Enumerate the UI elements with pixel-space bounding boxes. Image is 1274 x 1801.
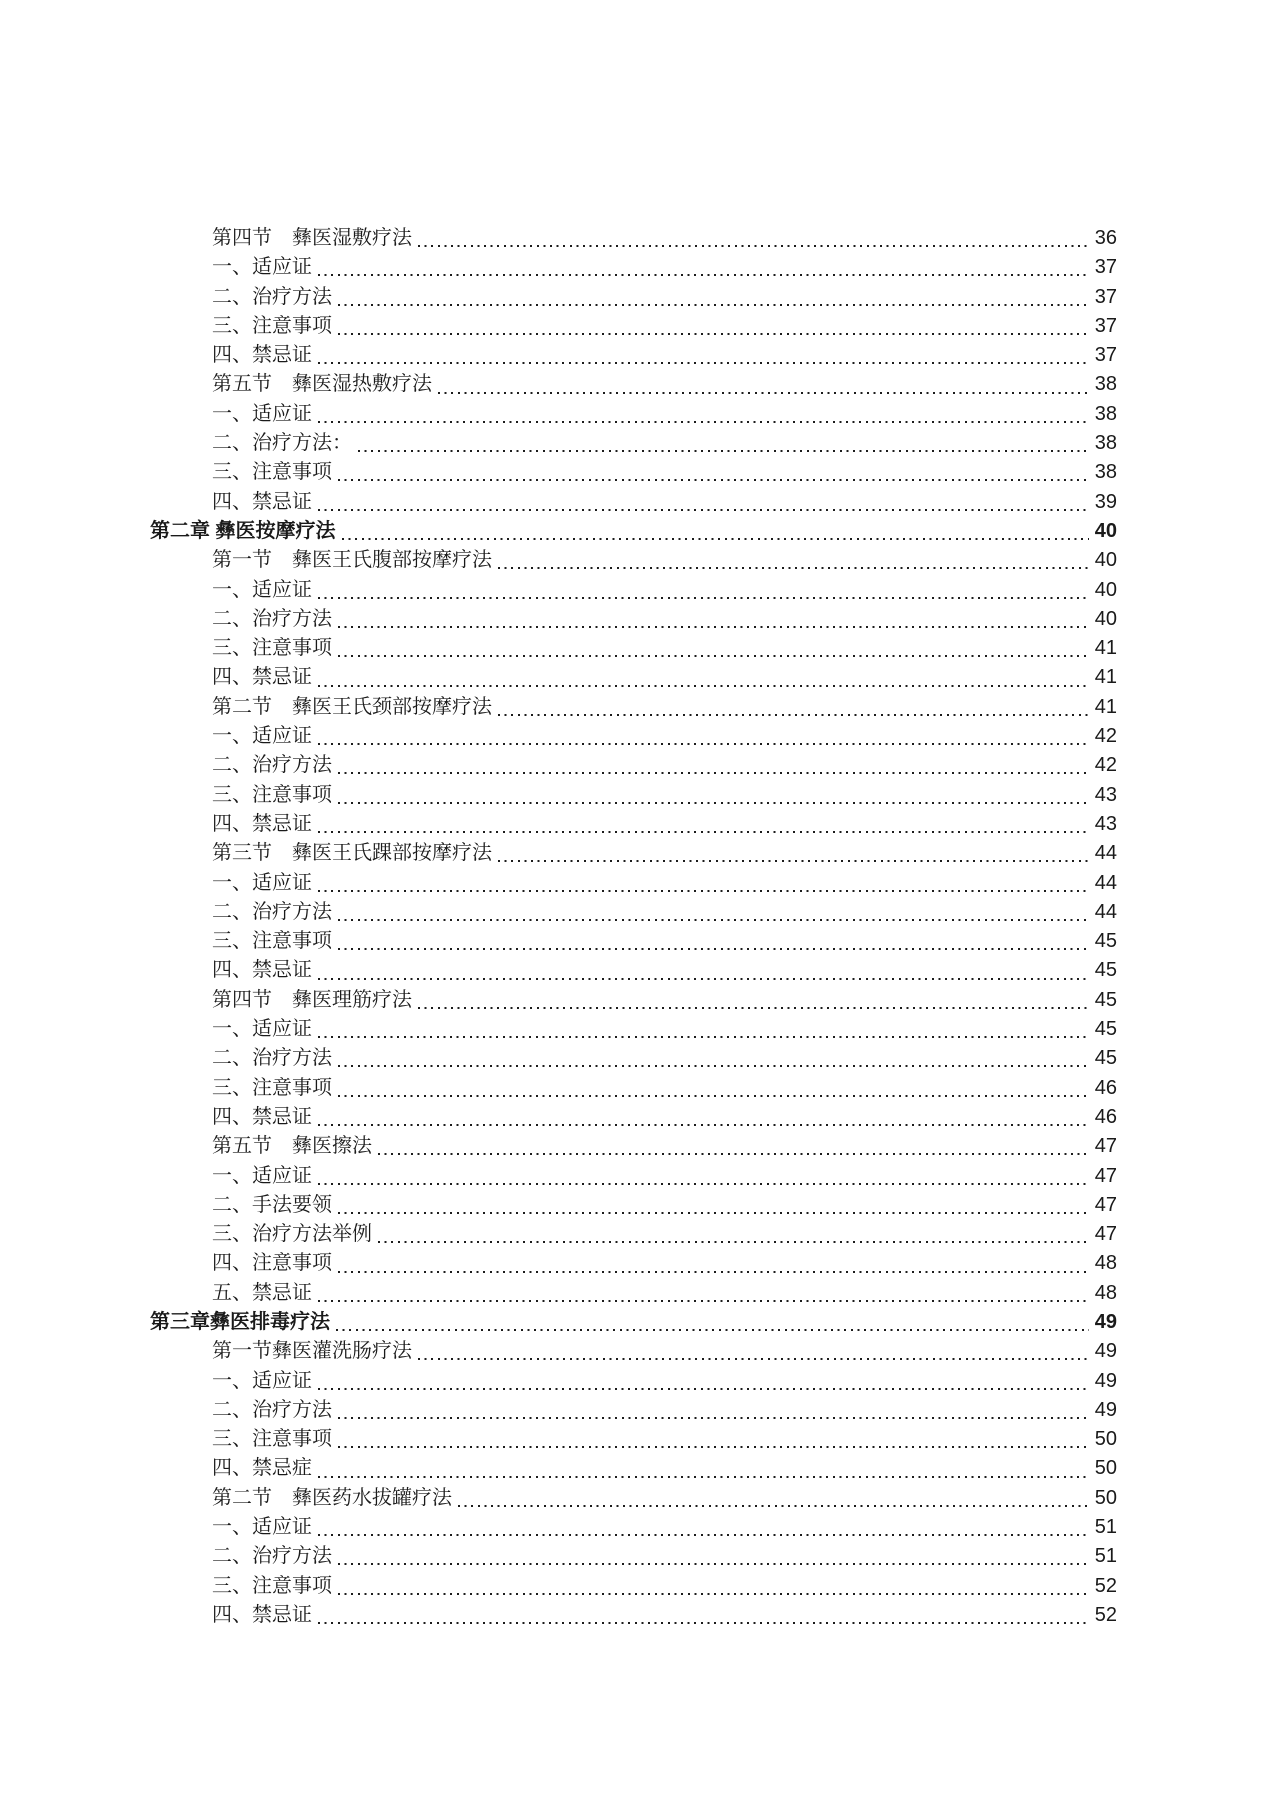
toc-entry-label: 第三章彝医排毒疗法 [150, 1308, 330, 1337]
dot-leader [338, 1572, 1089, 1601]
toc-entry-label: 二、治疗方法 [150, 898, 332, 927]
toc-entry[interactable]: 四、禁忌证 45 [150, 956, 1117, 985]
dot-leader [338, 781, 1089, 810]
dot-leader [338, 312, 1089, 341]
dot-leader [338, 283, 1089, 312]
toc-entry[interactable]: 一、适应证 40 [150, 576, 1117, 605]
toc-entry[interactable]: 第三节 彝医王氏踝部按摩疗法 44 [150, 839, 1117, 868]
dot-leader [338, 751, 1089, 780]
toc-entry-label: 二、治疗方法 [150, 283, 332, 312]
toc-entry-label: 第一节 彝医王氏腹部按摩疗法 [150, 546, 492, 575]
toc-entry-label: 四、禁忌证 [150, 810, 312, 839]
dot-leader [318, 1015, 1089, 1044]
dot-leader [498, 546, 1089, 575]
toc-entry-page: 52 [1091, 1601, 1117, 1630]
toc-entry-label: 四、禁忌症 [150, 1454, 312, 1483]
dot-leader [338, 1044, 1089, 1073]
dot-leader [338, 634, 1089, 663]
toc-entry-label: 四、禁忌证 [150, 488, 312, 517]
toc-entry[interactable]: 二、手法要领 47 [150, 1191, 1117, 1220]
toc-entry[interactable]: 四、禁忌证 39 [150, 488, 1117, 517]
dot-leader [318, 341, 1089, 370]
toc-entry-label: 二、治疗方法 [150, 1542, 332, 1571]
toc-entry-label: 第五节 彝医擦法 [150, 1132, 372, 1161]
toc-entry-page: 40 [1091, 576, 1117, 605]
toc-entry-page: 39 [1091, 488, 1117, 517]
toc-entry-label: 三、注意事项 [150, 1425, 332, 1454]
toc-entry-page: 41 [1091, 663, 1117, 692]
toc-entry-page: 44 [1091, 869, 1117, 898]
toc-entry-page: 47 [1091, 1132, 1117, 1161]
toc-entry-label: 一、适应证 [150, 1367, 312, 1396]
toc-entry-label: 第二节 彝医王氏颈部按摩疗法 [150, 693, 492, 722]
toc-entry[interactable]: 一、适应证 44 [150, 869, 1117, 898]
toc-entry-page: 51 [1091, 1513, 1117, 1542]
toc-entry-page: 45 [1091, 986, 1117, 1015]
toc-entry-page: 50 [1091, 1425, 1117, 1454]
toc-entry[interactable]: 第三章彝医排毒疗法 49 [150, 1308, 1117, 1337]
toc-entry[interactable]: 三、注意事项 38 [150, 458, 1117, 487]
toc-entry-label: 第五节 彝医湿热敷疗法 [150, 370, 432, 399]
dot-leader [338, 1249, 1089, 1278]
toc-entry[interactable]: 第二章 彝医按摩疗法 40 [150, 517, 1117, 546]
toc-entry[interactable]: 二、治疗方法 49 [150, 1396, 1117, 1425]
toc-entry-page: 47 [1091, 1220, 1117, 1249]
toc-entry[interactable]: 一、适应证 42 [150, 722, 1117, 751]
toc-entry[interactable]: 四、注意事项 48 [150, 1249, 1117, 1278]
toc-entry-page: 37 [1091, 341, 1117, 370]
dot-leader [318, 1601, 1089, 1630]
dot-leader [338, 927, 1089, 956]
toc-entry[interactable]: 第二节 彝医药水拔罐疗法 50 [150, 1484, 1117, 1513]
dot-leader [338, 1396, 1089, 1425]
toc-entry-label: 一、适应证 [150, 400, 312, 429]
toc-entry-page: 41 [1091, 634, 1117, 663]
toc-entry-label: 三、注意事项 [150, 781, 332, 810]
toc-entry-label: 二、治疗方法 [150, 1044, 332, 1073]
dot-leader [318, 1367, 1089, 1396]
toc-entry-label: 一、适应证 [150, 869, 312, 898]
dot-leader [318, 722, 1089, 751]
toc-entry-label: 第四节 彝医湿敷疗法 [150, 224, 412, 253]
toc-entry-page: 38 [1091, 400, 1117, 429]
toc-entry-label: 四、禁忌证 [150, 663, 312, 692]
toc-entry[interactable]: 四、禁忌证 43 [150, 810, 1117, 839]
dot-leader [318, 576, 1089, 605]
toc-entry-label: 四、禁忌证 [150, 341, 312, 370]
toc-entry-page: 44 [1091, 839, 1117, 868]
toc-entry[interactable]: 第四节 彝医理筋疗法 45 [150, 986, 1117, 1015]
toc-entry-page: 43 [1091, 781, 1117, 810]
dot-leader [338, 1074, 1089, 1103]
toc-entry[interactable]: 二、治疗方法 42 [150, 751, 1117, 780]
toc-entry-page: 36 [1091, 224, 1117, 253]
dot-leader [338, 458, 1089, 487]
dot-leader [318, 1162, 1089, 1191]
dot-leader [418, 1337, 1089, 1366]
dot-leader [318, 663, 1089, 692]
toc-entry-label: 一、适应证 [150, 576, 312, 605]
toc-entry[interactable]: 第四节 彝医湿敷疗法 36 [150, 224, 1117, 253]
toc-entry-page: 49 [1091, 1337, 1117, 1366]
toc-entry-label: 第二节 彝医药水拔罐疗法 [150, 1484, 452, 1513]
toc-entry-page: 52 [1091, 1572, 1117, 1601]
toc-entry[interactable]: 三、注意事项 43 [150, 781, 1117, 810]
toc-entry-label: 第二章 彝医按摩疗法 [150, 517, 336, 546]
toc-entry[interactable]: 四、禁忌证 37 [150, 341, 1117, 370]
toc-entry-label: 二、治疗方法 [150, 751, 332, 780]
toc-entry-page: 38 [1091, 458, 1117, 487]
toc-entry-page: 50 [1091, 1484, 1117, 1513]
toc-entry-label: 一、适应证 [150, 253, 312, 282]
toc-entry[interactable]: 第五节 彝医湿热敷疗法 38 [150, 370, 1117, 399]
toc-entry-label: 三、注意事项 [150, 1572, 332, 1601]
dot-leader [498, 839, 1089, 868]
toc-entry-page: 51 [1091, 1542, 1117, 1571]
document-page: 第四节 彝医湿敷疗法 36 一、适应证 37 二、治疗方法 37 三、注意事项 … [0, 0, 1274, 1801]
toc-entry[interactable]: 第一节 彝医王氏腹部按摩疗法 40 [150, 546, 1117, 575]
toc-entry[interactable]: 二、治疗方法： 38 [150, 429, 1117, 458]
toc-entry[interactable]: 三、注意事项 52 [150, 1572, 1117, 1601]
toc-entry-page: 45 [1091, 1015, 1117, 1044]
toc-entry[interactable]: 三、注意事项 37 [150, 312, 1117, 341]
toc-entry-page: 49 [1091, 1308, 1117, 1337]
dot-leader [318, 810, 1089, 839]
toc-entry-label: 五、禁忌证 [150, 1279, 312, 1308]
toc-entry-page: 49 [1091, 1367, 1117, 1396]
toc-entry[interactable]: 二、治疗方法 37 [150, 283, 1117, 312]
toc-entry-page: 48 [1091, 1249, 1117, 1278]
dot-leader [378, 1132, 1089, 1161]
toc-entry[interactable]: 一、适应证 47 [150, 1162, 1117, 1191]
dot-leader [338, 1542, 1089, 1571]
toc-entry-page: 42 [1091, 751, 1117, 780]
toc-entry-label: 四、禁忌证 [150, 956, 312, 985]
toc-entry[interactable]: 二、治疗方法 44 [150, 898, 1117, 927]
toc-entry-label: 三、注意事项 [150, 1074, 332, 1103]
toc-entry-label: 三、注意事项 [150, 312, 332, 341]
toc-entry-label: 第四节 彝医理筋疗法 [150, 986, 412, 1015]
toc-entry-label: 四、禁忌证 [150, 1601, 312, 1630]
dot-leader [318, 1513, 1089, 1542]
toc-entry[interactable]: 四、禁忌证 46 [150, 1103, 1117, 1132]
toc-entry-label: 三、注意事项 [150, 927, 332, 956]
dot-leader [458, 1484, 1089, 1513]
toc-entry[interactable]: 四、禁忌证 52 [150, 1601, 1117, 1630]
toc-entry-page: 48 [1091, 1279, 1117, 1308]
dot-leader [318, 956, 1089, 985]
dot-leader [318, 400, 1089, 429]
dot-leader [318, 1454, 1089, 1483]
toc-entry-page: 49 [1091, 1396, 1117, 1425]
toc-entry-page: 43 [1091, 810, 1117, 839]
toc-entry-label: 三、注意事项 [150, 634, 332, 663]
toc-entry[interactable]: 三、注意事项 45 [150, 927, 1117, 956]
dot-leader [318, 869, 1089, 898]
dot-leader [318, 1279, 1089, 1308]
toc-entry-label: 二、治疗方法 [150, 1396, 332, 1425]
dot-leader [318, 1103, 1089, 1132]
toc-entry-page: 41 [1091, 693, 1117, 722]
toc-entry[interactable]: 三、注意事项 46 [150, 1074, 1117, 1103]
dot-leader [418, 224, 1089, 253]
toc-entry[interactable]: 一、适应证 49 [150, 1367, 1117, 1396]
toc-entry-page: 40 [1091, 605, 1117, 634]
dot-leader [338, 1425, 1089, 1454]
dot-leader [318, 488, 1089, 517]
toc-entry-label: 二、手法要领 [150, 1191, 332, 1220]
dot-leader [378, 1220, 1089, 1249]
toc-entry[interactable]: 第五节 彝医擦法 47 [150, 1132, 1117, 1161]
toc-entry[interactable]: 二、治疗方法 45 [150, 1044, 1117, 1073]
toc-entry[interactable]: 一、适应证 45 [150, 1015, 1117, 1044]
toc-entry[interactable]: 三、注意事项 41 [150, 634, 1117, 663]
toc-entry-label: 一、适应证 [150, 1513, 312, 1542]
toc-entry-page: 45 [1091, 1044, 1117, 1073]
dot-leader [336, 1308, 1089, 1337]
dot-leader [438, 370, 1089, 399]
dot-leader [338, 1191, 1089, 1220]
toc-entry-page: 40 [1091, 546, 1117, 575]
toc-entry[interactable]: 二、治疗方法 40 [150, 605, 1117, 634]
toc-entry[interactable]: 一、适应证 38 [150, 400, 1117, 429]
toc-entry[interactable]: 四、禁忌证 41 [150, 663, 1117, 692]
toc-entry-label: 第三节 彝医王氏踝部按摩疗法 [150, 839, 492, 868]
toc-entry[interactable]: 二、治疗方法 51 [150, 1542, 1117, 1571]
dot-leader [338, 605, 1089, 634]
toc-entry[interactable]: 五、禁忌证 48 [150, 1279, 1117, 1308]
toc-entry-page: 38 [1091, 429, 1117, 458]
toc-entry-page: 42 [1091, 722, 1117, 751]
toc-entry-label: 一、适应证 [150, 1162, 312, 1191]
toc-entry-page: 47 [1091, 1191, 1117, 1220]
toc-entry-page: 45 [1091, 927, 1117, 956]
toc-entry-page: 44 [1091, 898, 1117, 927]
toc-entry[interactable]: 三、注意事项 50 [150, 1425, 1117, 1454]
toc-entry-page: 45 [1091, 956, 1117, 985]
dot-leader [358, 429, 1089, 458]
toc-entry[interactable]: 第二节 彝医王氏颈部按摩疗法 41 [150, 693, 1117, 722]
toc-list: 第四节 彝医湿敷疗法 36 一、适应证 37 二、治疗方法 37 三、注意事项 … [150, 224, 1117, 1630]
toc-entry-label: 四、禁忌证 [150, 1103, 312, 1132]
toc-entry-page: 37 [1091, 283, 1117, 312]
dot-leader [338, 898, 1089, 927]
toc-entry-page: 37 [1091, 312, 1117, 341]
toc-entry-page: 37 [1091, 253, 1117, 282]
toc-entry-page: 40 [1091, 517, 1117, 546]
toc-entry-label: 一、适应证 [150, 1015, 312, 1044]
toc-entry-page: 47 [1091, 1162, 1117, 1191]
toc-entry[interactable]: 三、治疗方法举例 47 [150, 1220, 1117, 1249]
toc-entry-label: 第一节彝医灌洗肠疗法 [150, 1337, 412, 1366]
toc-entry[interactable]: 第一节彝医灌洗肠疗法 49 [150, 1337, 1117, 1366]
toc-entry-label: 一、适应证 [150, 722, 312, 751]
toc-entry[interactable]: 四、禁忌症 50 [150, 1454, 1117, 1483]
toc-entry-page: 46 [1091, 1074, 1117, 1103]
dot-leader [418, 986, 1089, 1015]
toc-entry-label: 三、注意事项 [150, 458, 332, 487]
toc-entry[interactable]: 一、适应证 37 [150, 253, 1117, 282]
toc-entry-label: 二、治疗方法 [150, 605, 332, 634]
toc-entry-page: 46 [1091, 1103, 1117, 1132]
toc-entry-label: 三、治疗方法举例 [150, 1220, 372, 1249]
toc-entry-page: 38 [1091, 370, 1117, 399]
toc-entry-label: 四、注意事项 [150, 1249, 332, 1278]
toc-entry-label: 二、治疗方法： [150, 429, 352, 458]
toc-entry[interactable]: 一、适应证 51 [150, 1513, 1117, 1542]
toc-entry-page: 50 [1091, 1454, 1117, 1483]
dot-leader [318, 253, 1089, 282]
dot-leader [498, 693, 1089, 722]
dot-leader [342, 517, 1089, 546]
